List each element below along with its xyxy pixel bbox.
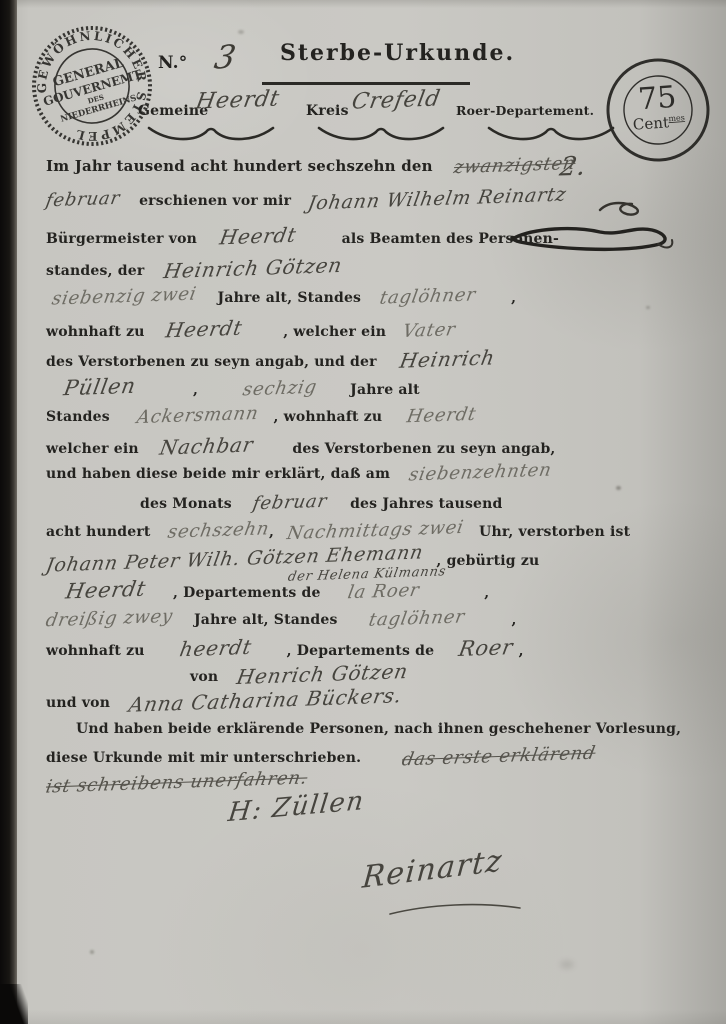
number-label: N.°: [158, 53, 187, 73]
handwritten-place: Heerdt: [406, 404, 479, 428]
title-rule: [262, 82, 470, 85]
printed-text: Jahre alt, Standes: [194, 612, 338, 628]
handwritten-mother-name: Anna Catharina Bückers.: [127, 683, 404, 717]
handwritten-age: sechzig: [241, 377, 319, 401]
handwritten-note: das erste erklärend: [400, 743, 597, 771]
body-line-9: Standes Ackersmann , wohnhaft zu Heerdt: [46, 405, 477, 426]
printed-text: und von: [46, 695, 110, 711]
gemeine-value: Heerdt: [194, 86, 282, 114]
handwritten-death-time: Nachmittags zwei: [285, 517, 465, 544]
handwritten-death-day: siebenzehnten: [407, 459, 553, 485]
handwritten-death-year: sechszehn: [166, 518, 271, 543]
departement-label-wrap: Roer-Departement.: [456, 100, 594, 119]
handwritten-place: Heerdt: [218, 223, 299, 250]
body-line-2: februar erschienen vor mir Johann Wilhel…: [46, 188, 567, 210]
body-line-16: Heerdt , Departements de la Roer ,: [66, 578, 489, 602]
fee-stamp-value: 75: [637, 80, 678, 118]
printed-text: ,: [484, 585, 489, 601]
certificate-number: N.° 3: [158, 38, 236, 76]
underbrace-ornament: [146, 122, 276, 144]
handwritten-declarant1-name: Heinrich Götzen: [161, 253, 343, 283]
body-line-22: diese Urkunde mit mir unterschrieben. da…: [46, 746, 596, 767]
kreis-value-wrap: Crefeld: [352, 88, 440, 113]
printed-text: Jahre alt: [350, 382, 420, 398]
printed-text: des Monats: [140, 496, 232, 512]
printed-text: ,: [512, 612, 517, 628]
body-line-3: Bürgermeister von Heerdt als Beamten des…: [46, 224, 559, 248]
book-binding-edge: [0, 0, 17, 1024]
printed-text: Und haben beide erklärende Personen, nac…: [76, 721, 681, 737]
printed-text: Standes: [46, 409, 110, 425]
handwritten-departement: la Roer: [346, 580, 421, 604]
underbrace-ornament: [316, 122, 446, 144]
printed-text: , wohnhaft zu: [273, 409, 382, 425]
kreis-label-wrap: Kreis: [306, 100, 349, 119]
handwritten-declarant2-last: Püllen: [62, 374, 138, 401]
printed-text: Im Jahr tausend acht hundert sechszehn d…: [46, 157, 433, 175]
handwritten-relation: Vater: [401, 319, 457, 342]
ink-spot: [90, 950, 94, 954]
number-value: 3: [211, 38, 239, 77]
handwritten-birthplace: Heerdt: [64, 577, 148, 604]
handwritten-deceased-age: dreißig zwey: [44, 606, 175, 632]
printed-text: und haben diese beide mir erklärt, daß a…: [46, 466, 390, 482]
printed-text: diese Urkunde mit mir unterschrieben.: [46, 750, 361, 766]
body-line-4: standes, der Heinrich Götzen: [46, 256, 342, 280]
fee-stamp-unit-sup: mes: [668, 113, 685, 123]
handwritten-death-month: februar: [251, 491, 329, 515]
printed-text: wohnhaft zu: [46, 324, 145, 340]
document-title-wrap: Sterbe-Urkunde.: [280, 40, 515, 66]
printed-text: standes, der: [46, 263, 144, 279]
printed-text: Jahre alt, Standes: [218, 290, 362, 306]
printed-text: , welcher ein: [283, 324, 386, 340]
printed-text: ,: [519, 643, 524, 659]
handwritten-official-name: Johann Wilhelm Reinartz: [306, 183, 568, 214]
body-line-21: Und haben beide erklärende Personen, nac…: [76, 718, 681, 737]
underbrace-ornament: [486, 122, 616, 144]
handwritten-place: Heerdt: [164, 316, 245, 343]
printed-text: wohnhaft zu: [46, 643, 145, 659]
body-line-10: welcher ein Nachbar des Verstorbenen zu …: [46, 434, 556, 458]
body-line-20: und von Anna Catharina Bückers.: [46, 688, 402, 712]
printed-text: acht hundert: [46, 524, 151, 540]
signature-underline-flourish: [360, 900, 540, 920]
stain: [560, 960, 574, 969]
handwritten-day: zwanzigsten: [452, 153, 577, 178]
handwritten-declarant2-first: Heinrich: [398, 345, 497, 372]
printed-text: ,: [269, 524, 274, 540]
handwritten-occupation: taglöhner: [378, 284, 477, 308]
body-line-13: acht hundert sechszehn, Nachmittags zwei…: [46, 520, 630, 541]
handwritten-departement: Roer: [457, 635, 515, 661]
document-title: Sterbe-Urkunde.: [280, 40, 515, 66]
printed-text: als Beamten des Personen-: [342, 231, 559, 247]
printed-text: ,: [193, 382, 198, 398]
printed-text: Uhr, verstorben ist: [479, 524, 630, 540]
handwritten-residence: heerdt: [178, 635, 254, 662]
body-line-19: von Henrich Götzen: [190, 662, 408, 686]
body-line-1: Im Jahr tausend acht hundert sechszehn d…: [46, 155, 575, 176]
handwritten-age: siebenzig zwei: [50, 283, 198, 309]
printed-text: , gebürtig zu: [436, 553, 539, 569]
body-line-12: des Monats februar des Jahres tausend: [140, 492, 503, 513]
handwritten-month: februar: [44, 188, 122, 212]
body-line-18: wohnhaft zu heerdt , Departements de Roe…: [46, 636, 524, 660]
body-line-5: siebenzig zwei Jahre alt, Standes taglöh…: [52, 286, 516, 307]
printed-text: erschienen vor mir: [139, 193, 291, 209]
body-line-11: und haben diese beide mir erklärt, daß a…: [46, 462, 552, 483]
printed-text: des Jahres tausend: [350, 496, 502, 512]
signature-declarant-wrap: H: Züllen: [227, 788, 365, 825]
general-gouvernement-stamp: GEWÖHNLICHER STEMPEL GENERAL GOUVERNEMT …: [8, 2, 176, 170]
printed-text: des Verstorbenen zu seyn angab, und der: [46, 354, 377, 370]
body-line-8: Püllen , sechzig Jahre alt: [64, 375, 420, 399]
signature-mayor: Reinartz: [361, 843, 504, 896]
printed-text: welcher ein: [46, 441, 139, 457]
printed-text: Bürgermeister von: [46, 231, 197, 247]
ink-spot: [646, 306, 650, 309]
departement-label: Roer-Departement.: [456, 103, 594, 118]
body-line-23: ist schreibens unerfahren.: [46, 772, 307, 793]
printed-text: des Verstorbenen zu seyn angab,: [292, 441, 555, 457]
printed-text: von: [190, 669, 218, 685]
body-line-17: dreißig zwey Jahre alt, Standes taglöhne…: [46, 608, 517, 629]
handwritten-relation: Nachbar: [158, 432, 256, 459]
ink-spot: [616, 486, 621, 490]
signature-mayor-wrap: Reinartz: [361, 846, 505, 893]
printed-text: , Departements de: [173, 585, 321, 601]
kreis-label: Kreis: [306, 103, 349, 119]
body-line-6: wohnhaft zu Heerdt , welcher ein Vater: [46, 317, 456, 341]
handwritten-occupation: taglöhner: [367, 606, 466, 630]
printed-text: ,: [511, 290, 516, 306]
handwritten-occupation: Ackersmann: [135, 403, 260, 428]
body-line-7: des Verstorbenen zu seyn angab, und der …: [46, 347, 495, 371]
kreis-value: Crefeld: [350, 86, 443, 114]
scanned-death-certificate: GEWÖHNLICHER STEMPEL GENERAL GOUVERNEMT …: [0, 0, 726, 1024]
printed-text: , Departements de: [287, 643, 435, 659]
fee-stamp-75-centimes: 75 Cent mes: [596, 48, 720, 172]
fee-stamp-unit: Cent: [632, 113, 669, 133]
gemeine-value-wrap: Heerdt: [196, 88, 279, 113]
ink-spot: [238, 30, 244, 34]
